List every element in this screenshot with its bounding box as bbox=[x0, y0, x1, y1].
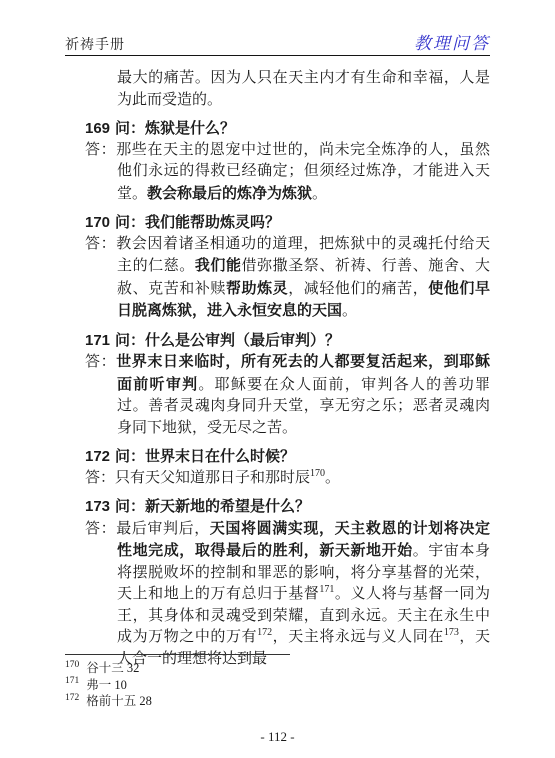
footnote-rule bbox=[65, 654, 290, 655]
question-number: 173 bbox=[85, 498, 110, 515]
footnote-ref: 173 bbox=[444, 627, 459, 638]
question-170: 170问：我们能帮助炼灵吗？ bbox=[65, 212, 490, 234]
body-text: 最大的痛苦。因为人只在天主内才有生命和幸福，人是为此而受造的。 bbox=[117, 70, 490, 108]
footnote-ref: 171 bbox=[319, 584, 334, 595]
question-label: 问： bbox=[115, 214, 145, 231]
page-header: 祈祷手册 教理问答 bbox=[65, 24, 490, 54]
body-text: ，减轻他们的痛苦， bbox=[288, 281, 428, 297]
footnote-text: 谷十三 32 bbox=[86, 661, 139, 675]
paragraph-continuation: 最大的痛苦。因为人只在天主内才有生命和幸福，人是为此而受造的。 bbox=[65, 68, 490, 111]
answer-label: 答： bbox=[85, 142, 116, 158]
body-text: 。 bbox=[312, 186, 327, 202]
question-number: 171 bbox=[85, 332, 110, 349]
footnote: 171弗一 10 bbox=[65, 677, 490, 694]
document-page: 祈祷手册 教理问答 最大的痛苦。因为人只在天主内才有生命和幸福，人是为此而受造的… bbox=[0, 0, 555, 758]
answer: 答：世界末日来临时，所有死去的人都要复活起来，到耶稣面前听审判。耶稣要在众人面前… bbox=[65, 351, 490, 439]
question-number: 172 bbox=[85, 448, 110, 465]
header-rule bbox=[65, 55, 490, 56]
question-text: 新天新地的希望是什么？ bbox=[145, 498, 310, 515]
answer-label: 答： bbox=[85, 521, 116, 537]
question-text: 我们能帮助炼灵吗？ bbox=[145, 214, 280, 231]
footnotes: 170谷十三 32171弗一 10172格前十五 28 bbox=[65, 660, 490, 710]
body-text: 。 bbox=[325, 470, 340, 486]
question-text: 什么是公审判（最后审判）？ bbox=[145, 332, 340, 349]
answer: 答：最后审判后，天国将圆满实现，天主救恩的计划将决定性地完成，取得最后的胜利，新… bbox=[65, 518, 490, 671]
answer-label: 答： bbox=[85, 236, 116, 252]
answer: 答：教会因着诸圣相通功的道理，把炼狱中的灵魂托付给天主的仁慈。我们能借弥撒圣祭、… bbox=[65, 234, 490, 323]
footnote-marker: 170 bbox=[65, 660, 79, 670]
question-label: 问： bbox=[115, 498, 145, 515]
footnote: 170谷十三 32 bbox=[65, 660, 490, 677]
question-171: 171问：什么是公审判（最后审判）？ bbox=[65, 330, 490, 352]
page-number: - 112 - bbox=[65, 729, 490, 745]
footnote-text: 弗一 10 bbox=[86, 678, 127, 692]
emphasis-text: 教会称最后的炼净为炼狱 bbox=[147, 185, 312, 202]
answer: 答：只有天父知道那日子和那时辰170。 bbox=[65, 468, 490, 490]
body-text: 最后审判后， bbox=[116, 521, 210, 537]
answer-label: 答： bbox=[85, 470, 115, 486]
footnote-ref: 170 bbox=[310, 468, 325, 479]
footnote: 172格前十五 28 bbox=[65, 693, 490, 710]
question-text: 世界末日在什么时候？ bbox=[145, 448, 295, 465]
body-text: 。 bbox=[342, 303, 357, 319]
emphasis-text: 我们能 bbox=[195, 257, 242, 274]
question-172: 172问：世界末日在什么时候？ bbox=[65, 446, 490, 468]
header-right-title: 教理问答 bbox=[414, 29, 490, 54]
question-169: 169问：炼狱是什么？ bbox=[65, 118, 490, 140]
body-text: 只有天父知道那日子和那时辰 bbox=[115, 470, 310, 486]
emphasis-text: 帮助炼灵 bbox=[226, 280, 288, 297]
header-left-title: 祈祷手册 bbox=[65, 34, 125, 54]
question-text: 炼狱是什么？ bbox=[145, 120, 235, 137]
question-173: 173问：新天新地的希望是什么？ bbox=[65, 496, 490, 518]
question-number: 169 bbox=[85, 120, 110, 137]
document-body: 最大的痛苦。因为人只在天主内才有生命和幸福，人是为此而受造的。169问：炼狱是什… bbox=[65, 68, 490, 670]
footnote-marker: 172 bbox=[65, 693, 79, 703]
question-label: 问： bbox=[115, 332, 145, 349]
answer: 答：那些在天主的恩宠中过世的，尚未完全炼净的人，虽然他们永远的得救已经确定；但须… bbox=[65, 140, 490, 206]
body-text: ，天主将永远与义人同在 bbox=[272, 629, 444, 645]
footnote-text: 格前十五 28 bbox=[86, 694, 152, 708]
question-label: 问： bbox=[115, 120, 145, 137]
footnote-marker: 171 bbox=[65, 676, 79, 686]
answer-label: 答： bbox=[85, 354, 116, 370]
footnote-ref: 172 bbox=[257, 627, 272, 638]
question-number: 170 bbox=[85, 214, 110, 231]
question-label: 问： bbox=[115, 448, 145, 465]
